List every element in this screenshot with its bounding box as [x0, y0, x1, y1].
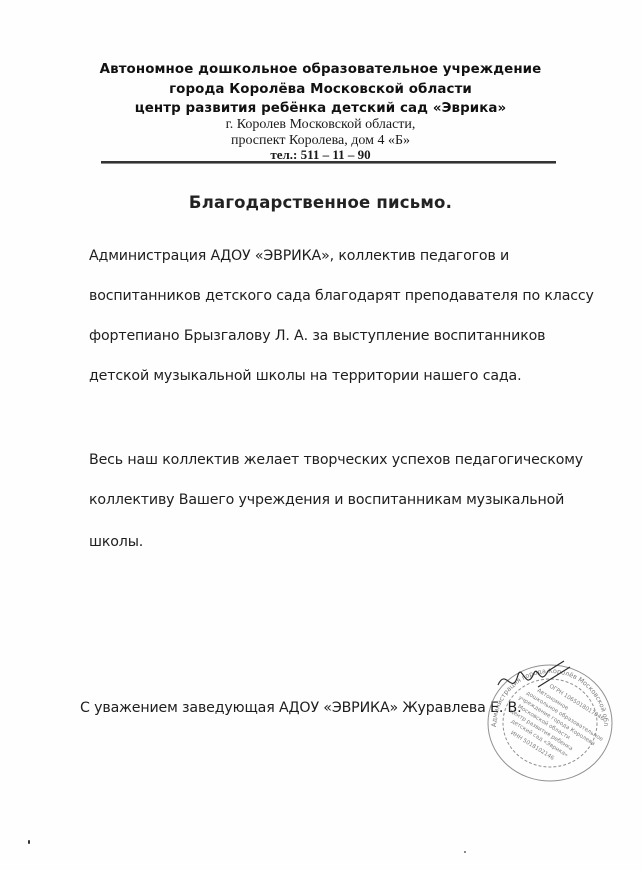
letter-title: Благодарственное письмо. [0, 193, 641, 212]
org-name-line-1: Автономное дошкольное образовательное уч… [0, 62, 641, 77]
org-name-line-2: города Королёва Московской области [0, 82, 641, 97]
scan-speck [464, 851, 466, 853]
paragraph-line: фортепиано Брызгалову Л. А. за выступлен… [89, 328, 545, 344]
paragraph-line: школы. [89, 534, 143, 550]
org-name-line-3: центр развития ребёнка детский сад «Эври… [0, 101, 641, 116]
paragraph-line: Весь наш коллектив желает творческих усп… [89, 452, 583, 468]
paragraph-line: Администрация АДОУ «ЭВРИКА», коллектив п… [89, 248, 509, 264]
paragraph-line: воспитанников детского сада благодарят п… [89, 288, 594, 304]
official-stamp-icon: Администрация города Королёв Московской … [478, 657, 618, 787]
paragraph-line: коллективу Вашего учреждения и воспитанн… [89, 492, 564, 508]
handwritten-signature-icon [498, 661, 570, 687]
scan-speck [28, 840, 30, 844]
header-divider [101, 161, 556, 164]
address-line-1: г. Королев Московской области, [0, 117, 641, 133]
paragraph-line: детской музыкальной школы на территории … [89, 368, 521, 384]
signature-line: С уважением заведующая АДОУ «ЭВРИКА» Жур… [80, 700, 522, 716]
letter-page: Автономное дошкольное образовательное уч… [0, 0, 641, 870]
